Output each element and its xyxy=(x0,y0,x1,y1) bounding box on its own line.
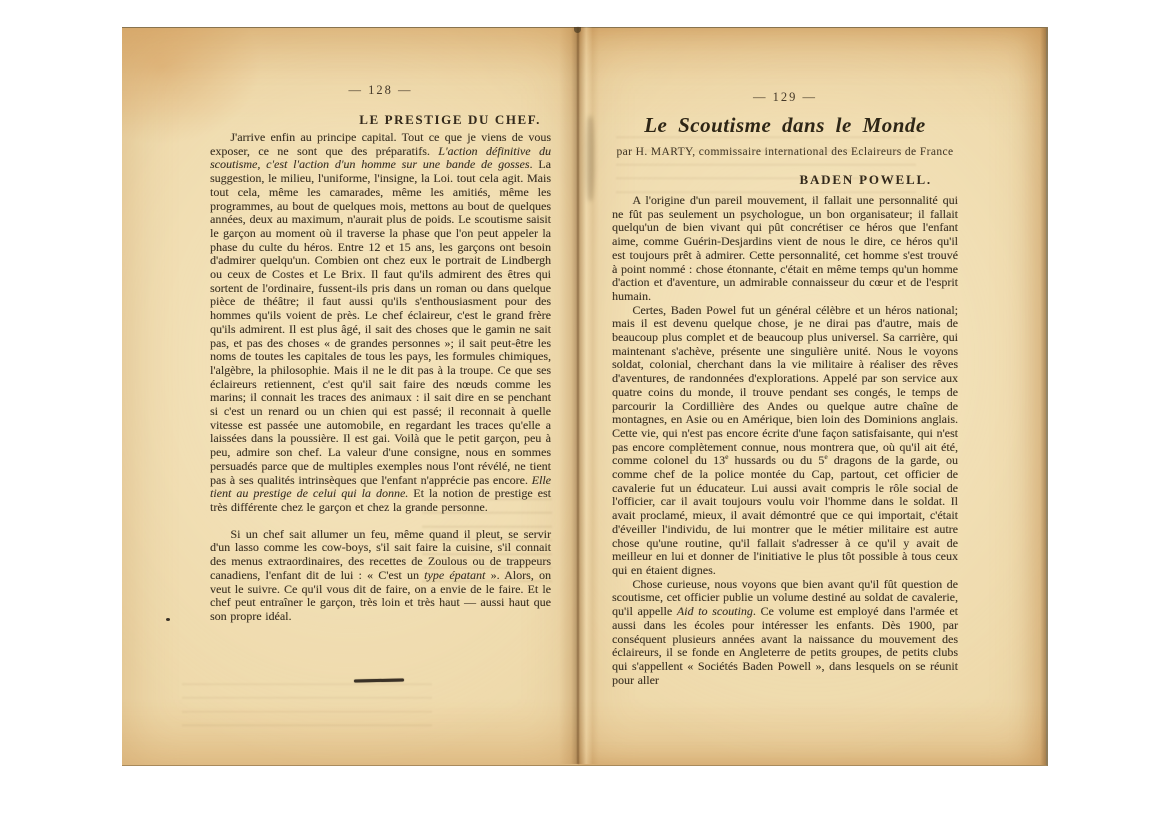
right-page: — 129 — Le Scoutisme dans le Monde par H… xyxy=(578,27,1048,766)
body-paragraph: A l'origine d'un pareil mouvement, il fa… xyxy=(612,194,958,304)
section-heading: BADEN POWELL. xyxy=(612,172,932,188)
paragraph-text: A l'origine d'un pareil mouvement, il fa… xyxy=(612,193,958,303)
body-paragraph: J'arrive enfin au principe capital. Tout… xyxy=(210,131,551,515)
page-number-right: — 129 — xyxy=(612,90,958,105)
ink-speck xyxy=(166,618,170,621)
paragraph-text-italic: type épatant xyxy=(424,568,485,582)
body-paragraph: Chose curieuse, nous voyons que bien ava… xyxy=(612,578,958,688)
left-page: — 128 — LE PRESTIGE DU CHEF. J'arrive en… xyxy=(122,27,578,766)
chapter-heading: LE PRESTIGE DU CHEF. xyxy=(210,112,541,128)
body-paragraph: Certes, Baden Powel fut un général célèb… xyxy=(612,304,958,578)
right-page-body: A l'origine d'un pareil mouvement, il fa… xyxy=(612,194,958,749)
spine-crease xyxy=(577,27,579,764)
paragraph-text: . La suggestion, le milieu, l'uniforme, … xyxy=(210,157,551,486)
book-scan: — 128 — LE PRESTIGE DU CHEF. J'arrive en… xyxy=(122,27,1046,764)
body-paragraph: Si un chef sait allumer un feu, même qua… xyxy=(210,528,551,624)
paragraph-text-italic: Aid to scouting xyxy=(677,604,753,618)
article-byline: par H. MARTY, commissaire international … xyxy=(602,146,968,158)
paragraph-text: dragons de la garde, ou comme chef de la… xyxy=(612,453,958,577)
paragraph-text: Certes, Baden Powel fut un général célèb… xyxy=(612,303,958,468)
paragraph-text: hussards ou du 5 xyxy=(728,453,824,467)
pencil-smudge xyxy=(586,116,594,201)
page-number-left: — 128 — xyxy=(210,83,551,98)
left-page-body: J'arrive enfin au principe capital. Tout… xyxy=(210,131,551,693)
article-title: Le Scoutisme dans le Monde xyxy=(612,113,958,138)
